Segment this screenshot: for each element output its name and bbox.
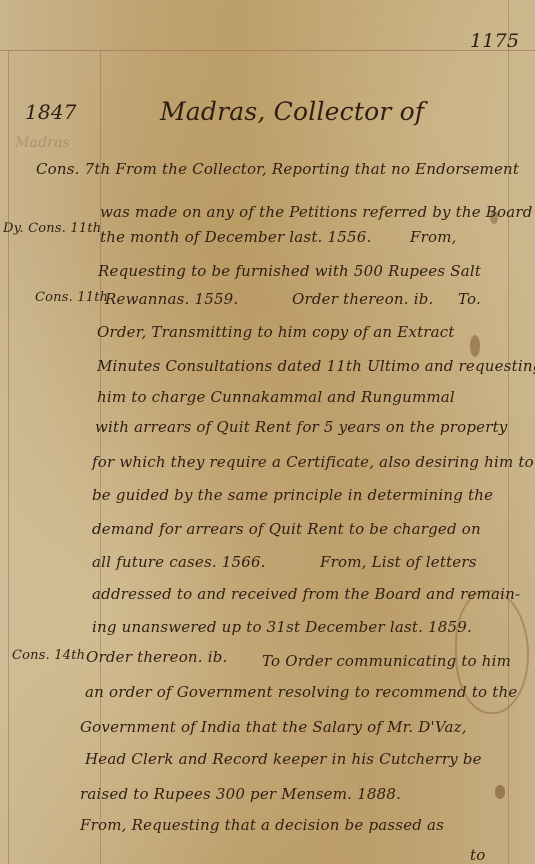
entry-line: From, List of letters [320,553,477,571]
page-heading: Madras, Collector of [160,97,424,126]
entry-line: to [470,846,485,864]
entry-line: be guided by the same principle in deter… [92,486,493,504]
entry-line: demand for arrears of Quit Rent to be ch… [92,520,481,538]
entry-line: Head Clerk and Record keeper in his Cutc… [85,750,482,768]
entry-line: raised to Rupees 300 per Mensem. 1888. [80,785,401,803]
entry-line: for which they require a Certificate, al… [92,453,534,471]
entry-line: Order thereon. ib. [292,290,434,308]
ledger-page: 1175 1847 Madras, Collector of Madras Co… [0,0,535,864]
entry-line: To. [458,290,481,308]
entry-line: To Order communicating to him [262,652,511,670]
entry-line: Minutes Consultations dated 11th Ultimo … [97,357,535,375]
faint-margin-note: Madras [15,135,70,151]
entry-line: Order thereon. ib. [86,648,228,666]
entry-line: with arrears of Quit Rent for 5 years on… [95,418,507,436]
margin-note: Cons. 11th [35,290,108,305]
ink-blot [495,785,505,799]
entry-line: an order of Government resolving to reco… [85,683,517,701]
entry-line: From, Requesting that a decision be pass… [80,816,444,834]
entry-line: Requesting to be furnished with 500 Rupe… [98,262,481,280]
entry-line: Rewannas. 1559. [105,290,238,308]
ink-blot [470,335,480,357]
margin-note: Cons. 14th [12,648,85,663]
entry-line: Order, Transmitting to him copy of an Ex… [97,323,455,341]
ruled-margin-line-right [508,0,509,864]
margin-note: Dy. Cons. 11th [3,221,101,236]
entry-line: addressed to and received from the Board… [92,585,520,603]
entry-line: him to charge Cunnakammal and Rungummal [97,388,455,406]
year-label: 1847 [25,100,77,124]
entry-line: all future cases. 1566. [92,553,266,571]
entry-line: Cons. 7th From the Collector, Reporting … [36,160,519,178]
entry-line: was made on any of the Petitions referre… [100,203,535,221]
entry-line: From, [410,228,457,246]
ruled-margin-line-left [8,50,9,864]
entry-line: the month of December last. 1556. [100,228,371,246]
entry-line: ing unanswered up to 31st December last.… [92,618,472,636]
ruled-line-header [0,50,535,51]
folio-number: 1175 [470,30,519,52]
entry-line: Government of India that the Salary of M… [80,718,467,736]
